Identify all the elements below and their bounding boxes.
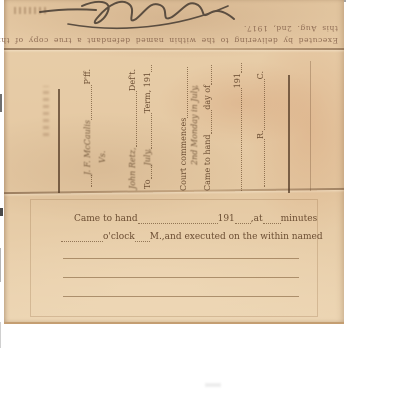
blank-leader bbox=[256, 139, 265, 187]
blank-leader bbox=[143, 65, 152, 72]
defendant-line: John Retz, Def't. bbox=[128, 69, 137, 189]
term-value-handwritten: July, bbox=[143, 149, 152, 166]
blank-leader bbox=[203, 65, 212, 85]
blank-leader bbox=[235, 214, 251, 224]
defendant-name-handwritten: John Retz, bbox=[128, 147, 137, 189]
scan-edge-mark bbox=[0, 208, 3, 216]
docket-rotated-content: J. F. McCaulis P'ff. Vs. John Retz, Def'… bbox=[45, 53, 317, 193]
blank-leader bbox=[233, 88, 242, 191]
minutes-label: minutes bbox=[281, 214, 318, 224]
return-text-line1: Executed by delivering to the within nam… bbox=[10, 36, 338, 45]
plaintiff-line: J. F. McCaulis P'ff. bbox=[83, 69, 92, 187]
blank-leader bbox=[61, 232, 103, 242]
panel-line1: Came to hand 191 , at minutes bbox=[74, 214, 299, 224]
court-commences-handwritten: 2nd Monday in July, bbox=[190, 85, 199, 165]
m-label: M., bbox=[150, 232, 165, 242]
paper-sheet: Executed by delivering to the within nam… bbox=[4, 0, 344, 324]
day-of-label: day of bbox=[203, 85, 212, 110]
blank-writing-rule bbox=[63, 277, 299, 278]
blank-leader bbox=[83, 175, 92, 187]
came-to-hand-label: Came to hand bbox=[203, 134, 212, 191]
r-c-line: R. C. bbox=[256, 71, 265, 187]
blank-writing-rule bbox=[63, 258, 299, 259]
upside-down-return-block: Executed by delivering to the within nam… bbox=[10, 18, 338, 45]
ink-bleedthrough-smudge bbox=[43, 86, 49, 136]
scan-edge-mark bbox=[0, 94, 2, 112]
scan-edge-line bbox=[0, 248, 1, 282]
at-label: at bbox=[254, 214, 263, 224]
blank-leader bbox=[143, 113, 152, 148]
term-line: To July, Term, 191 bbox=[143, 65, 152, 189]
vs-label: Vs. bbox=[98, 151, 107, 163]
year-label: 191 bbox=[233, 73, 242, 88]
to-label: To bbox=[143, 179, 152, 189]
scanned-document-page: Executed by delivering to the within nam… bbox=[0, 0, 400, 400]
docket-border-rule bbox=[288, 75, 290, 193]
year-line: 191 bbox=[233, 63, 242, 191]
return-text-line2: this Aug. 2nd, 1917. bbox=[10, 24, 338, 33]
docket-faint-rule bbox=[310, 61, 311, 191]
panel-line2: o'clock M., and executed on the within n… bbox=[61, 232, 299, 242]
blank-leader bbox=[263, 214, 281, 224]
blank-leader bbox=[138, 214, 218, 224]
return-panel: Came to hand 191 , at minutes o'clock M.… bbox=[30, 199, 318, 317]
scan-smudge bbox=[205, 383, 221, 387]
r-label: R. bbox=[256, 130, 265, 139]
court-commences-label: Court commences bbox=[179, 118, 188, 191]
year-label: 191 bbox=[218, 214, 235, 224]
blank-leader bbox=[83, 85, 92, 120]
court-commences-line: Court commences bbox=[179, 67, 188, 191]
came-to-hand-line: Came to hand day of bbox=[203, 65, 212, 191]
scan-edge-line bbox=[0, 322, 1, 348]
docket-border-rule bbox=[58, 89, 60, 193]
plaintiff-name-handwritten: J. F. McCaulis bbox=[83, 120, 92, 175]
court-commences-value-line: 2nd Monday in July, bbox=[190, 85, 199, 165]
fold-crease-top bbox=[4, 48, 344, 50]
term-label: Term, 191 bbox=[143, 72, 152, 113]
executed-text: and executed on the within named bbox=[165, 232, 323, 242]
blank-leader bbox=[135, 232, 150, 242]
blank-writing-rule bbox=[63, 296, 299, 297]
c-label: C. bbox=[256, 71, 265, 79]
plaintiff-label: P'ff. bbox=[83, 69, 92, 85]
defendant-label: Def't. bbox=[128, 69, 137, 91]
blank-leader bbox=[233, 63, 242, 73]
oclock-label: o'clock bbox=[103, 232, 135, 242]
vs-line: Vs. bbox=[98, 151, 107, 163]
came-to-hand-label: Came to hand bbox=[74, 214, 138, 224]
blank-leader bbox=[179, 67, 188, 118]
blank-leader bbox=[203, 110, 212, 135]
docket-panel: J. F. McCaulis P'ff. Vs. John Retz, Def'… bbox=[45, 53, 317, 193]
blank-leader bbox=[143, 165, 152, 179]
blank-leader bbox=[128, 91, 137, 147]
blank-leader bbox=[256, 79, 265, 130]
